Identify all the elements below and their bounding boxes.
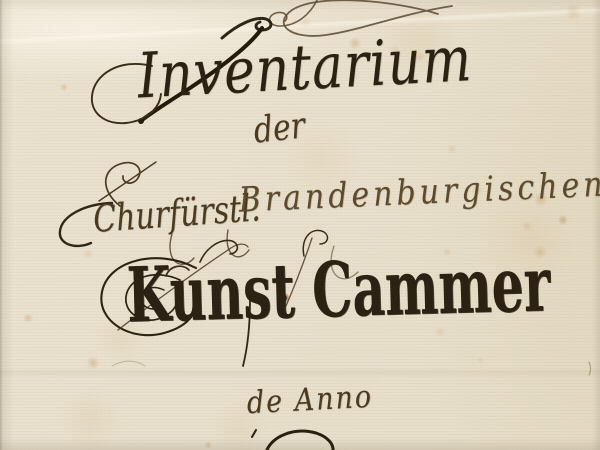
manuscript-page: Inventarium der Churfürstl. Brandenburgi…: [0, 0, 600, 450]
foxing-stains: [0, 0, 600, 450]
year-partial-tick: [252, 430, 256, 437]
k-spiral-outer: [101, 258, 197, 335]
word-churfuerstl: Churfürstl.: [92, 190, 262, 239]
k-ascender-curl: [200, 240, 237, 262]
word-brandenburgischen: Brandenburgischen: [238, 168, 600, 219]
initial-i-oval: [92, 64, 161, 123]
paper-background: [0, 0, 600, 450]
kunst-descender: [243, 300, 250, 366]
edge-shading: [0, 0, 600, 450]
word-der: der: [252, 109, 307, 150]
k-spiral-core: [141, 288, 164, 309]
interline-curl: [331, 246, 358, 279]
x-flourish-s-curve: [106, 163, 140, 206]
top-ornament-small-loop: [270, 0, 318, 26]
paper-fiber: [589, 362, 591, 375]
title-inventarium: Inventarium: [136, 28, 474, 108]
c-swash: [60, 203, 112, 246]
churfuerstl-descender-loop-2: [227, 230, 249, 257]
initial-i-swash-dot: [138, 118, 144, 124]
year-partial-curve: [266, 431, 333, 450]
k-spiral-inner: [126, 275, 180, 320]
ink-blot: [281, 295, 287, 301]
calligraphic-flourishes: [0, 0, 600, 450]
churfuerstl-descender-loop-1: [170, 234, 194, 264]
word-de-anno: de Anno: [246, 381, 374, 419]
x-flourish-cross: [99, 162, 156, 201]
cammer-hairline: [286, 238, 312, 306]
k-hairline: [118, 244, 248, 330]
ink-blot-halo: [279, 293, 289, 303]
u-breve: [166, 266, 189, 276]
paper-scratch: [112, 361, 145, 366]
initial-i-swash: [142, 28, 262, 120]
top-ornament-loop: [284, 0, 452, 36]
cammer-top-curl: [303, 230, 327, 256]
top-ornament-curl-heavy: [222, 18, 271, 38]
title-kunst-cammer: Kunst Cammer: [126, 247, 551, 334]
